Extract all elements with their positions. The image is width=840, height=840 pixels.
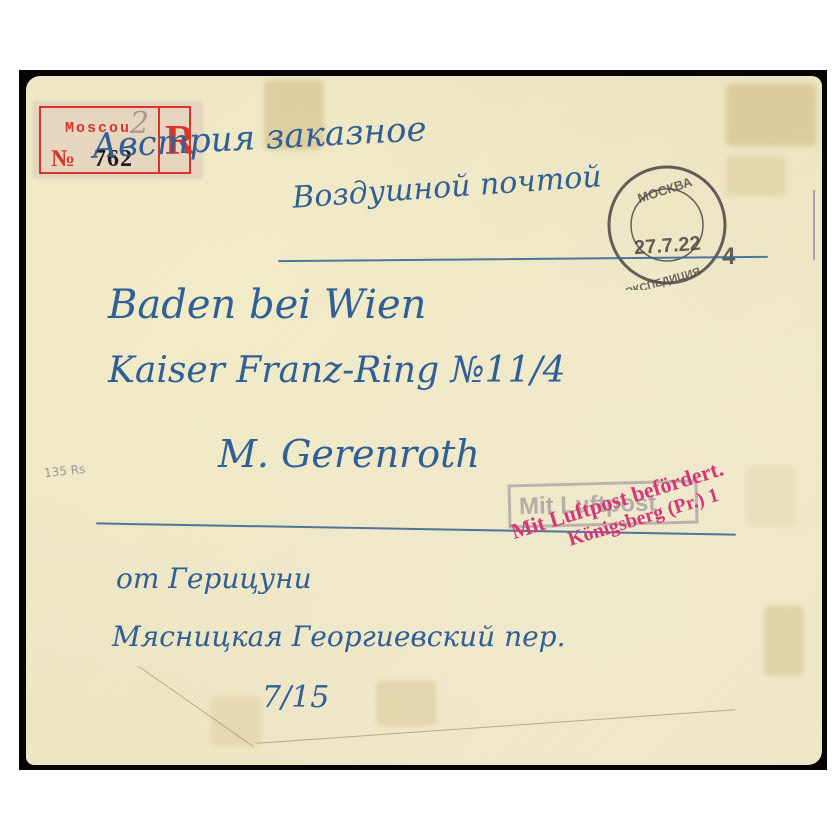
- postmark-date: 27.7.22: [633, 233, 701, 260]
- sender-name: от Герицуни: [116, 562, 312, 595]
- postmark: 27.7.22 4 МОСКВА ЭКСПЕДИЦИЯ: [592, 160, 742, 290]
- address-city: Baden bei Wien: [108, 282, 426, 328]
- addressee: M. Gerenroth: [218, 432, 480, 476]
- reg-number-sign: №: [51, 146, 75, 173]
- sender-street: Мясницкая Георгиевский пер.: [112, 620, 566, 653]
- sender-house: 7/15: [262, 680, 329, 715]
- edge-mark: [813, 190, 815, 260]
- postmark-city: МОСКВА: [636, 174, 695, 206]
- postmark-bottom: ЭКСПЕДИЦИЯ: [624, 266, 702, 290]
- tape-stain: [726, 84, 816, 146]
- tape-stain: [376, 681, 436, 726]
- age-stain: [746, 466, 796, 526]
- address-street: Kaiser Franz-Ring №11/4: [108, 350, 565, 391]
- tape-stain: [764, 606, 804, 676]
